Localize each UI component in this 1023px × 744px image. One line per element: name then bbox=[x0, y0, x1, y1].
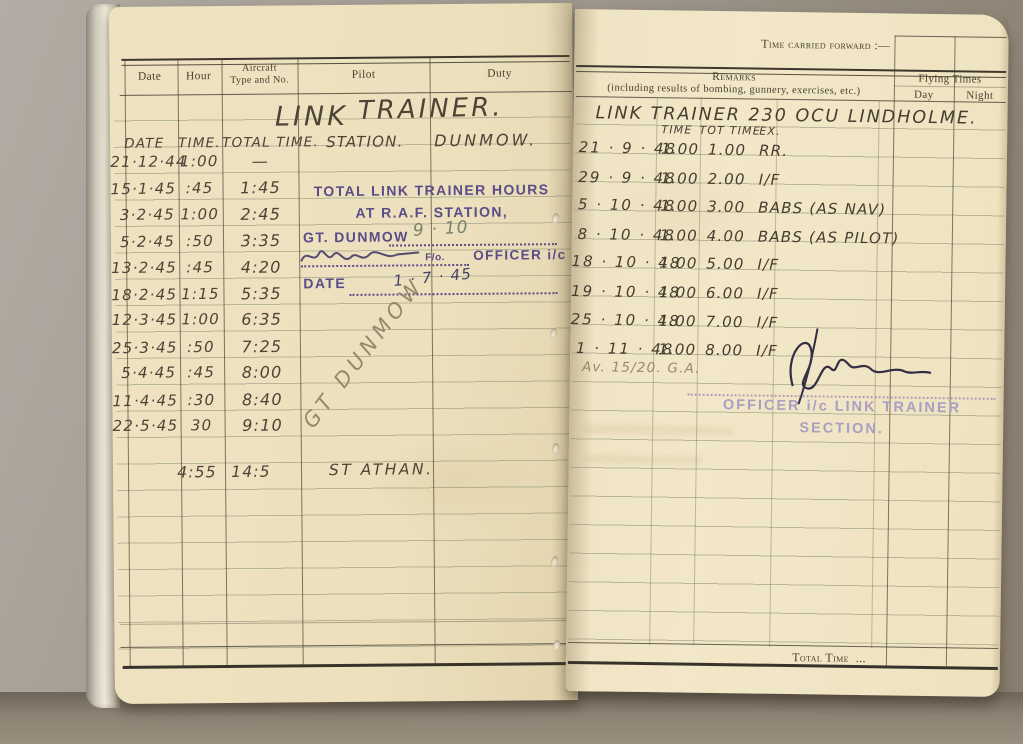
log-entry-row: 5 · 10 · 48 1.00 3.00 BABS (AS NAV) bbox=[572, 195, 1006, 227]
entry-time: 1.00 bbox=[658, 197, 700, 216]
right-page: Time carried forward :— Remarks (includi… bbox=[565, 9, 1008, 697]
entry-time: :50 bbox=[177, 232, 223, 251]
stamp-line2: AT R.A.F. STATION, bbox=[301, 203, 563, 221]
entry-total-time: 6.00 bbox=[699, 284, 751, 303]
entry-time: 30 bbox=[179, 416, 225, 434]
entry-total-time: 4.00 bbox=[700, 227, 752, 246]
entry-time: 1.00 bbox=[659, 140, 701, 159]
entry-exercise: I/F bbox=[757, 285, 779, 303]
log-entry-row: 21·12·44 1:00 — bbox=[110, 149, 573, 177]
stamp-hours-value: 9 · 10 bbox=[412, 217, 469, 240]
entry-total-time: — bbox=[222, 151, 298, 171]
stamp-line1: TOTAL LINK TRAINER HOURS bbox=[301, 181, 563, 199]
entry-date: 15·1·45 bbox=[110, 180, 174, 199]
entry-time: 1.00 bbox=[657, 311, 699, 330]
entry-total-time: 6:35 bbox=[224, 310, 300, 330]
entry-date: 22·5·45 bbox=[113, 416, 177, 435]
entry-date: 3·2·45 bbox=[111, 205, 175, 224]
entry-time: 1:00 bbox=[176, 152, 222, 170]
entry-time: :50 bbox=[178, 337, 224, 356]
entry-total-time: 8:00 bbox=[224, 363, 300, 383]
entry-date: 21·12·44 bbox=[110, 152, 174, 171]
entry-total-time: 8:40 bbox=[224, 389, 300, 409]
summary-grand-total: 14:5 bbox=[221, 463, 281, 482]
entry-time: 1.00 bbox=[658, 226, 700, 245]
entry-date: 12·3·45 bbox=[112, 311, 176, 330]
entry-total-time: 9:10 bbox=[225, 415, 301, 435]
entry-time: 1.00 bbox=[656, 340, 698, 359]
entry-date: 25·3·45 bbox=[112, 338, 176, 357]
entry-exercise: BABS (AS PILOT) bbox=[758, 227, 900, 247]
entry-exercise: RR. bbox=[759, 141, 789, 160]
log-entry-row: 19 · 10 · 48 1.00 6.00 I/F bbox=[571, 282, 1005, 312]
entry-total-time: 3.00 bbox=[700, 198, 752, 217]
entry-time: 1:00 bbox=[178, 310, 224, 328]
entry-total-time: 5.00 bbox=[699, 255, 751, 274]
entry-time: :45 bbox=[178, 363, 224, 381]
entry-time: :45 bbox=[177, 258, 223, 276]
left-entries: 21·12·44 1:00 — 15·1·45 :45 1:45 3·2·45 … bbox=[109, 3, 578, 704]
entry-time: :45 bbox=[176, 179, 222, 198]
entry-time: 1:00 bbox=[177, 205, 223, 223]
entry-exercise: I/F bbox=[757, 256, 779, 274]
entry-time: 1.00 bbox=[657, 283, 699, 302]
entry-time: 1:15 bbox=[177, 285, 223, 304]
log-entry-row: 8 · 10 · 48 1.00 4.00 BABS (AS PILOT) bbox=[572, 225, 1006, 255]
total-time-dots: ... bbox=[856, 651, 866, 665]
entry-time: 1.00 bbox=[657, 254, 699, 273]
log-entry-row: 21 · 9 · 48 1.00 1.00 RR. bbox=[573, 138, 1007, 170]
summary-station: ST ATHAN. bbox=[329, 460, 434, 479]
entry-total-time: 8.00 bbox=[698, 341, 750, 360]
entry-exercise: BABS (AS NAV) bbox=[758, 199, 886, 219]
entry-total-time: 7:25 bbox=[224, 336, 300, 356]
bleed-through-mark bbox=[584, 454, 702, 465]
entry-date: 11·4·45 bbox=[112, 391, 176, 410]
left-page: Date Hour Aircraft Type and No. Pilot Du… bbox=[109, 3, 578, 704]
log-entry-row: 12·3·45 1:00 6:35 bbox=[112, 307, 575, 335]
entry-date: 5·2·45 bbox=[111, 233, 175, 252]
log-entry-row: 22·5·45 30 9:10 bbox=[113, 413, 576, 441]
stamp-date-label: DATE bbox=[303, 275, 346, 291]
log-entry-row: 29 · 9 · 48 1.00 2.00 I/F bbox=[572, 168, 1006, 198]
entry-date: 18·2·45 bbox=[111, 285, 175, 304]
entry-total-time: 3:35 bbox=[223, 231, 299, 251]
stamp-officer-label: OFFICER i/c bbox=[473, 247, 567, 263]
logbook-scan: Date Hour Aircraft Type and No. Pilot Du… bbox=[0, 0, 1023, 744]
entry-total-time: 2.00 bbox=[701, 169, 753, 188]
entry-total-time: 1:45 bbox=[222, 178, 298, 198]
entry-date: 13·2·45 bbox=[111, 258, 175, 277]
log-entry-row: 18 · 10 · 48 1.00 5.00 I/F bbox=[571, 252, 1005, 284]
entry-exercise: I/F bbox=[759, 170, 781, 188]
entry-date: 5·4·45 bbox=[112, 364, 176, 383]
entry-total-time: 4:20 bbox=[223, 257, 299, 277]
total-time-text: Total Time bbox=[792, 650, 849, 665]
entry-total-time: 1.00 bbox=[701, 140, 753, 159]
bleed-through-mark bbox=[584, 424, 734, 436]
assessment-note: Av. 15/20. G.A. bbox=[582, 359, 701, 377]
summary-session-total: 4:55 bbox=[173, 463, 221, 481]
entry-total-time: 2:45 bbox=[223, 204, 299, 224]
entry-time: 1.00 bbox=[659, 169, 701, 188]
entry-total-time: 7.00 bbox=[699, 312, 751, 331]
entry-total-time: 5:35 bbox=[223, 284, 299, 304]
entry-time: :30 bbox=[178, 390, 224, 409]
